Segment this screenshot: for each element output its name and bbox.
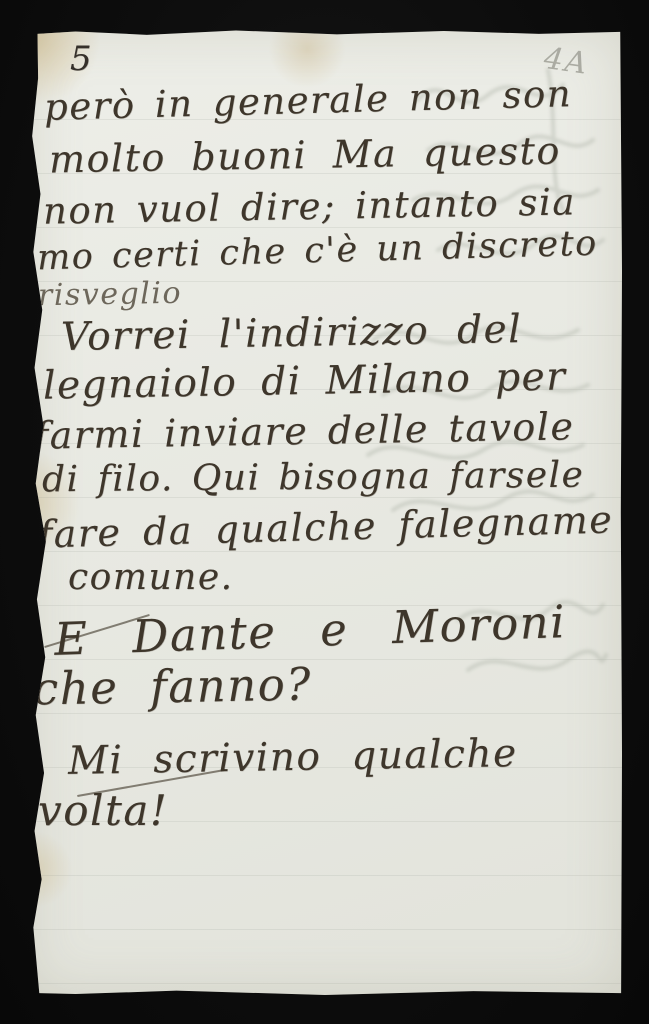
- handwritten-line: farmi inviare delle tavole: [34, 407, 575, 454]
- handwritten-line: che fanno?: [33, 662, 313, 712]
- handwritten-line: risveglio: [38, 279, 183, 312]
- photograph-background: 5 4A però in generale non son molto buon…: [0, 0, 649, 1024]
- handwritten-line: non vuol dire; intanto sia: [43, 183, 576, 229]
- letter-page: 5 4A però in generale non son molto buon…: [28, 30, 622, 995]
- handwritten-line: comune.: [68, 560, 234, 596]
- handwritten-line: molto buoni Ma questo: [49, 132, 561, 179]
- handwritten-line: Mi scrivino qualche: [68, 734, 518, 781]
- handwritten-line: legnaiolo di Milano per: [43, 357, 567, 405]
- handwritten-line: di filo. Qui bisogna farsele: [42, 458, 585, 499]
- handwritten-line: volta!: [38, 790, 168, 832]
- page-number: 5: [70, 42, 93, 76]
- handwritten-line: Vorrei l'indirizzo del: [61, 310, 523, 357]
